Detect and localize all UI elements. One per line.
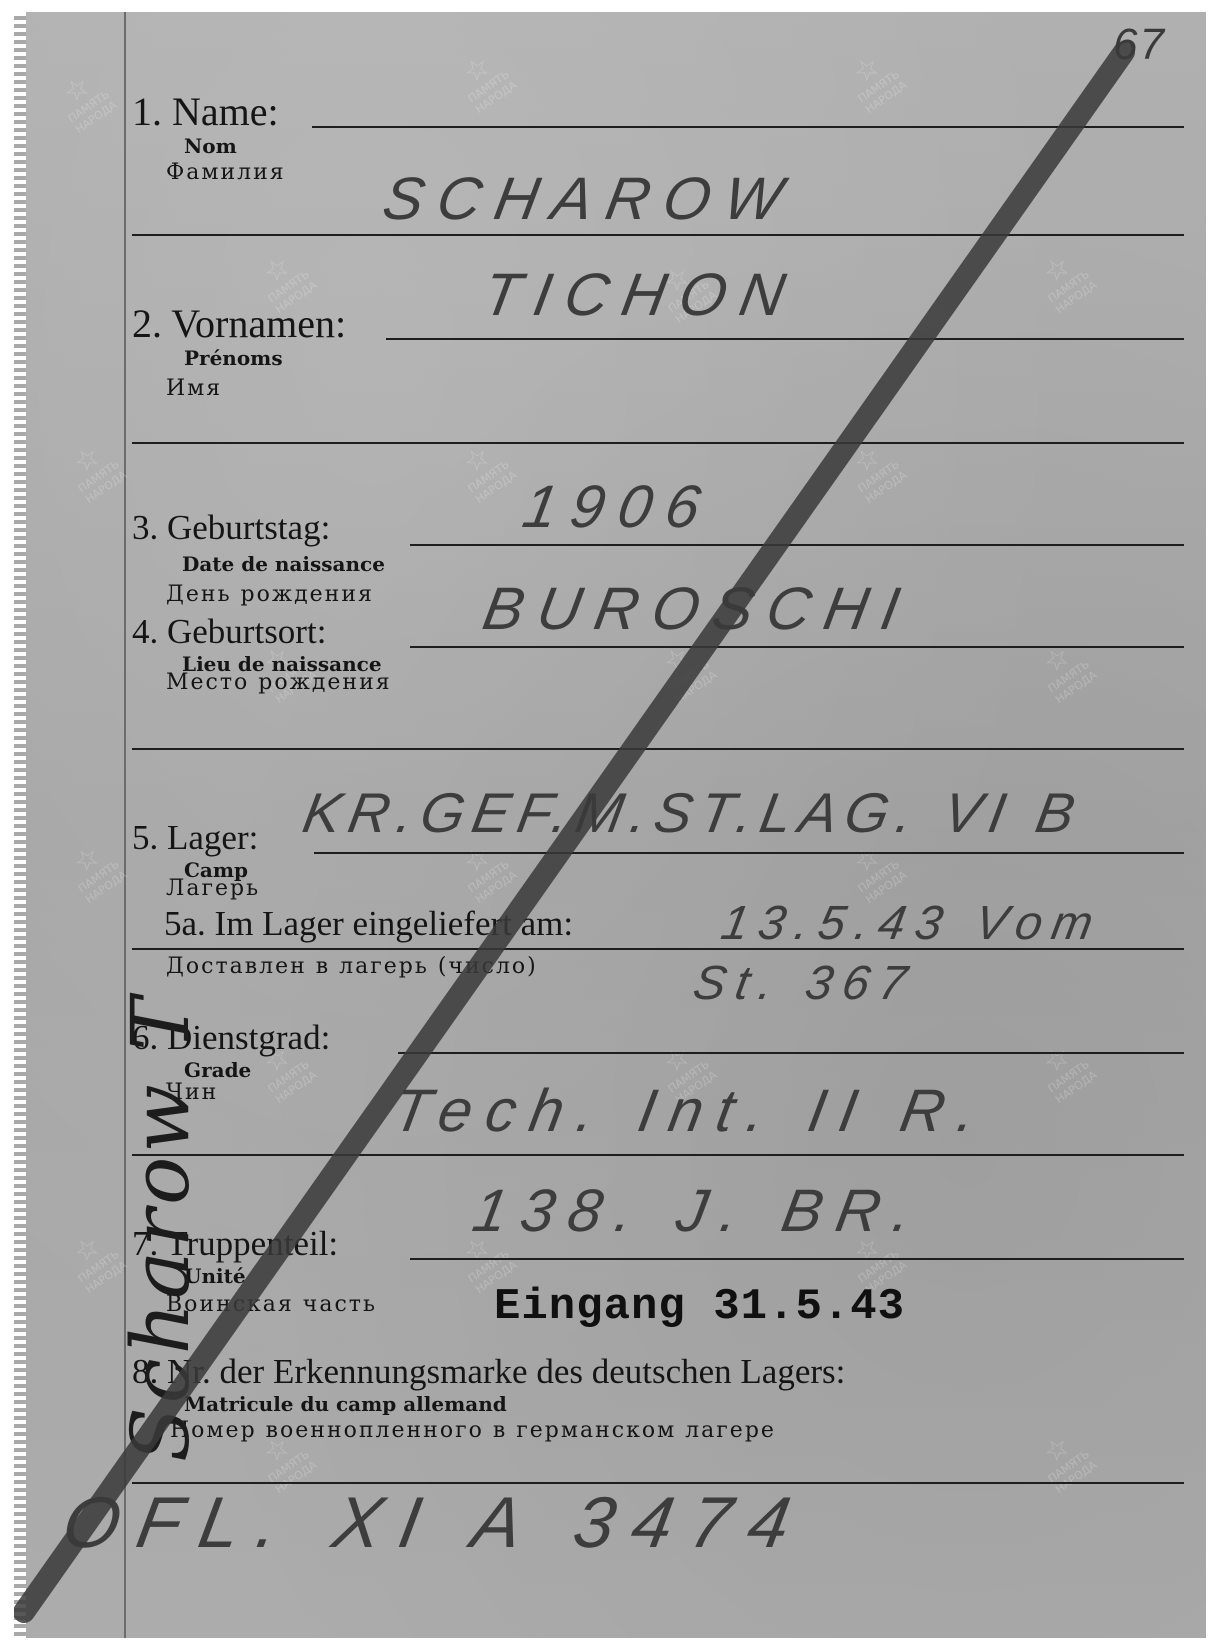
field-eingeliefert-label-ru: Доставлен в лагерь (число) [166, 954, 538, 979]
field-erkennungsmarke-value: OFL. XI A 3474 [57, 1482, 814, 1564]
field-geburtsort-label-ru: Место рождения [166, 670, 392, 695]
star-icon: ☆ [50, 828, 123, 891]
star-icon: ☆ [830, 428, 903, 491]
field-vornamen-value: TICHON [478, 260, 804, 329]
star-icon: ☆ [40, 58, 113, 121]
separator-line [132, 1154, 1184, 1156]
field-geburtsort-value: BUROSCHI [478, 574, 919, 643]
watermark: ☆ПАМЯТЬ НАРОДА [830, 38, 927, 135]
receipt-stamp: Eingang 31.5.43 [494, 1282, 905, 1332]
field-geburtstag-label: 3. Geburtstag: [132, 508, 330, 548]
watermark: ☆ПАМЯТЬ НАРОДА [440, 38, 537, 135]
separator-line [132, 234, 1184, 236]
star-icon: ☆ [1020, 238, 1093, 301]
watermark: ☆ПАМЯТЬ НАРОДА [1020, 628, 1117, 725]
field-lager-label-ru: Лагерь [166, 876, 260, 901]
field-vornamen-label-fr: Prénoms [184, 346, 283, 370]
field-name-label-ru: Фамилия [166, 160, 286, 185]
field-name-line [312, 126, 1184, 128]
field-lager-line [314, 852, 1184, 854]
separator-line [132, 442, 1184, 444]
star-icon: ☆ [50, 1218, 123, 1281]
field-name-label-fr: Nom [184, 134, 237, 158]
star-icon: ☆ [1020, 1418, 1093, 1481]
watermark: ☆ПАМЯТЬ НАРОДА [1020, 1028, 1117, 1125]
pow-record-card: ☆ПАМЯТЬ НАРОДА ☆ПАМЯТЬ НАРОДА ☆ПАМЯТЬ НА… [14, 12, 1206, 1638]
field-truppenteil-line [410, 1258, 1184, 1260]
separator-line [132, 748, 1184, 750]
star-icon: ☆ [1020, 628, 1093, 691]
field-geburtsort-label: 4. Geburtsort: [132, 612, 326, 652]
star-icon: ☆ [830, 38, 903, 101]
star-icon: ☆ [440, 38, 513, 101]
field-vornamen-label-ru: Имя [166, 376, 222, 401]
watermark: ☆ПАМЯТЬ НАРОДА [1020, 1418, 1117, 1515]
field-truppenteil-value: 138. J. BR. [468, 1176, 931, 1245]
field-vornamen-line [386, 338, 1184, 340]
field-geburtstag-line [410, 544, 1184, 546]
serrated-edge [14, 12, 26, 1638]
field-geburtsort-line [410, 646, 1184, 648]
field-erkennungsmarke-label-fr: Matricule du camp allemand [184, 1392, 507, 1416]
star-icon: ☆ [440, 428, 513, 491]
field-name-value: SCHAROW [378, 164, 802, 233]
field-dienstgrad-line [398, 1052, 1184, 1054]
field-vornamen-label: 2. Vornamen: [132, 300, 346, 347]
page-number: 67 [1113, 20, 1166, 70]
field-lager-value: KR.GEF.M.ST.LAG. VI B [298, 780, 1087, 845]
field-eingeliefert-value2: St. 367 [689, 956, 921, 1011]
star-icon: ☆ [1020, 1028, 1093, 1091]
field-erkennungsmarke-label-ru: Номер военнопленного в германском лагере [170, 1418, 776, 1443]
field-name-label: 1. Name: [132, 88, 279, 135]
watermark: ☆ПАМЯТЬ НАРОДА [1020, 238, 1117, 335]
field-erkennungsmarke-label: 8. Nr. der Erkennungsmarke des deutschen… [132, 1352, 845, 1392]
field-geburtstag-label-ru: День рождения [166, 582, 374, 607]
vertical-signature: Scharow T [114, 994, 207, 1463]
field-geburtstag-value: 1906 [518, 472, 720, 541]
field-geburtstag-label-fr: Date de naissance [182, 552, 385, 576]
star-icon: ☆ [240, 238, 313, 301]
field-lager-label: 5. Lager: [132, 818, 258, 858]
field-eingeliefert-label: 5a. Im Lager eingeliefert am: [164, 904, 573, 944]
field-eingeliefert-line [132, 948, 1184, 950]
star-icon: ☆ [50, 428, 123, 491]
field-eingeliefert-value: 13.5.43 Vom [717, 896, 1107, 951]
field-dienstgrad-value: Tech. Int. II R. [388, 1076, 995, 1145]
